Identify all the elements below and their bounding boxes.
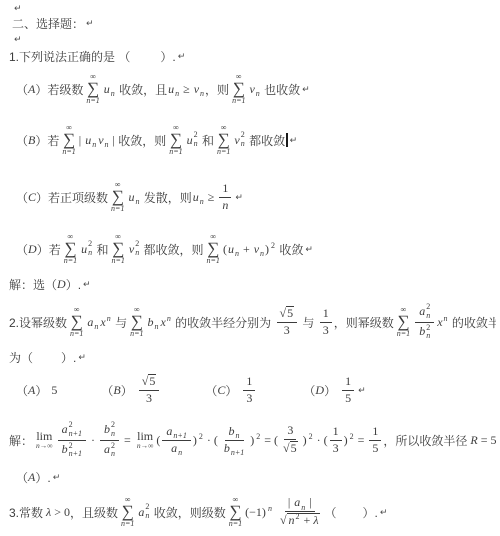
- scripted-var: bn: [229, 425, 240, 439]
- sigma-icon: ∑: [63, 132, 75, 148]
- superscript: 2: [296, 512, 300, 521]
- math-var: n: [235, 249, 239, 258]
- math-num: ): [303, 433, 307, 448]
- sum-lower-limit: n=1: [397, 330, 410, 338]
- math-num: (: [223, 242, 227, 257]
- text-run: 2.设幂级数: [9, 314, 67, 331]
- paragraph-mark-icon: ↵: [380, 507, 388, 518]
- script-base: v: [249, 82, 254, 97]
- math-var: x: [100, 315, 105, 330]
- math-num: |: [288, 496, 293, 510]
- script-base: b: [229, 425, 235, 439]
- text-run: （: [325, 504, 337, 521]
- superscript: n: [268, 504, 272, 513]
- math-var: n: [135, 248, 139, 257]
- math-var: n+1: [69, 449, 82, 458]
- scripted-var: n: [267, 508, 272, 517]
- spacer: [57, 390, 101, 391]
- fraction-numerator: b2n: [100, 421, 119, 441]
- sum-lower-limit: n=1: [229, 520, 242, 528]
- script-base: x: [161, 315, 166, 330]
- summation-symbol: ∞∑n=1: [229, 496, 242, 528]
- scripted-var: b2n: [104, 421, 115, 439]
- limit-symbol: limn→∞: [137, 430, 154, 450]
- fraction-denominator: 3: [143, 391, 155, 406]
- script-base: a: [419, 305, 425, 319]
- math-var: n: [111, 89, 115, 98]
- math-num: 5: [345, 392, 351, 406]
- math-num: (: [214, 433, 218, 448]
- text-run: （: [205, 382, 217, 399]
- fraction-numerator: 3: [284, 424, 296, 440]
- math-var: b: [224, 442, 230, 456]
- fraction: 1n: [219, 182, 231, 213]
- subscript: n: [256, 89, 260, 98]
- scripted-var: vn: [98, 133, 108, 148]
- math-num: 2: [426, 323, 430, 332]
- scripted-var: un: [228, 242, 239, 257]
- math-var: a: [294, 496, 300, 510]
- math-num: =: [261, 433, 274, 448]
- summation-symbol: ∞∑n=1: [217, 124, 230, 156]
- script-base: x: [100, 315, 105, 330]
- script-base: v: [254, 242, 259, 257]
- q3-stem: 3.常数 λ > 0，且级数∞∑n=1a2n 收敛，则级数∞∑n=1(−1)n|…: [4, 488, 496, 536]
- subscript: n: [200, 89, 204, 98]
- text-run: ，则: [205, 81, 229, 98]
- math-num: > 0: [51, 505, 70, 520]
- math-var: n+1: [173, 431, 186, 440]
- scripted-var: 2: [255, 436, 260, 445]
- text-run: ，所以收敛半径: [383, 432, 467, 449]
- math-var: a: [171, 442, 177, 456]
- math-var: n: [88, 248, 92, 257]
- lim-subscript: n→∞: [137, 442, 154, 450]
- fraction-numerator: √5: [139, 374, 160, 391]
- text-run: 解：: [9, 432, 33, 449]
- scripted-var: a2n: [419, 303, 430, 321]
- math-var: x: [161, 315, 166, 330]
- summation-symbol: ∞∑n=1: [121, 496, 134, 528]
- math-num: 1: [345, 375, 351, 389]
- scripted-var: u2n: [81, 240, 92, 258]
- script-base: b: [419, 325, 425, 339]
- math-num: 2: [350, 432, 354, 441]
- q2-solution-1: 解：limn→∞a2n+1b2n+1 · b2na2n = limn→∞(an+…: [4, 414, 496, 466]
- scripted-var: an: [171, 442, 182, 456]
- summation-symbol: ∞∑n=1: [207, 233, 220, 265]
- math-var: a: [62, 423, 68, 437]
- script-base: v: [194, 82, 199, 97]
- paragraph-mark-icon: ↵: [14, 34, 22, 45]
- scripted-var: n2: [289, 514, 300, 528]
- subscript: n+1: [69, 450, 82, 459]
- subscript: n: [426, 312, 430, 321]
- summation-symbol: ∞∑n=1: [232, 73, 245, 105]
- script-base: x: [437, 315, 442, 330]
- text-run: ）.: [35, 469, 50, 486]
- math-var: n: [194, 139, 198, 148]
- math-var: B: [28, 133, 35, 148]
- sum-lower-limit: n=1: [130, 330, 143, 338]
- text-run: ）若正项级数: [36, 189, 108, 206]
- math-var: n: [444, 314, 448, 323]
- subscript: n: [111, 430, 115, 439]
- subscript: n: [135, 197, 139, 206]
- scripted-var: v2n: [234, 131, 244, 149]
- scripted-var: b2n: [419, 324, 430, 342]
- math-var: n: [301, 503, 305, 512]
- math-var: u: [104, 82, 110, 97]
- scripted-var: b2n+1: [62, 442, 82, 460]
- math-var: B: [113, 383, 120, 398]
- math-num: 3: [284, 324, 290, 338]
- fraction-denominator: bn+1: [220, 441, 248, 456]
- math-var: n: [241, 139, 245, 148]
- summation-symbol: ∞∑n=1: [397, 306, 410, 338]
- sigma-icon: ∑: [112, 189, 124, 205]
- q2-stem-2: 为（）.↵: [4, 348, 496, 366]
- script-base: u: [228, 242, 234, 257]
- fraction-denominator: 5: [369, 441, 381, 456]
- superscript: n: [167, 314, 171, 323]
- text-run: ）: [121, 382, 133, 399]
- math-num: ≥: [205, 190, 218, 205]
- subscript: n: [175, 89, 179, 98]
- math-var: n: [200, 197, 204, 206]
- sum-lower-limit: n=1: [217, 148, 230, 156]
- fraction-denominator: 5: [342, 391, 354, 406]
- math-var: n: [260, 249, 264, 258]
- math-num: 2: [426, 302, 430, 311]
- math-var: n: [92, 140, 96, 149]
- math-num: 5: [372, 442, 378, 456]
- paragraph-mark-icon: ↵: [290, 135, 298, 146]
- scripted-var: vn: [249, 82, 259, 97]
- radical-sign-icon: √: [280, 307, 287, 321]
- script-base: u: [81, 242, 87, 257]
- radical-argument: 5: [148, 374, 156, 389]
- text-run: （: [101, 382, 113, 399]
- text-run: 和: [93, 241, 108, 258]
- subscript: n+1: [173, 431, 186, 440]
- text-run: 收敛，则: [115, 132, 166, 149]
- text-run: 的收敛半经分别为: [172, 314, 275, 331]
- superscript: 2: [271, 241, 275, 250]
- q1-answer: 解：选（D）.↵: [4, 272, 496, 296]
- scripted-var: 2: [308, 436, 313, 445]
- text-run: 3.常数: [9, 504, 43, 521]
- subscript: n+1: [69, 430, 82, 439]
- math-var: u: [168, 82, 174, 97]
- text-run: 和: [199, 132, 214, 149]
- fraction: 13: [243, 375, 255, 406]
- script-base: a: [62, 423, 68, 437]
- math-var: C: [28, 190, 36, 205]
- math-num: 5: [291, 442, 297, 456]
- math-num: ≥: [180, 82, 193, 97]
- math-num: 5: [287, 307, 293, 321]
- text-run: 的收敛半经: [449, 314, 496, 331]
- sigma-icon: ∑: [229, 504, 241, 520]
- fraction-denominator: 3: [330, 441, 342, 456]
- scripted-var: 2: [198, 436, 203, 445]
- math-var: D: [315, 383, 324, 398]
- math-num: ): [250, 433, 254, 448]
- math-num: ·: [204, 433, 214, 448]
- text-run: （: [16, 81, 28, 98]
- sigma-icon: ∑: [207, 241, 219, 257]
- math-var: n: [426, 311, 430, 320]
- math-var: D: [28, 242, 37, 257]
- fraction-numerator: 1: [342, 375, 354, 391]
- fraction-denominator: n: [219, 198, 231, 213]
- summation-symbol: ∞∑n=1: [62, 124, 75, 156]
- radical-sign-icon: √: [142, 375, 149, 389]
- fraction-denominator: b2n+1: [58, 441, 86, 460]
- math-num: 2: [241, 130, 245, 139]
- math-num: 2: [88, 239, 92, 248]
- math-var: n: [426, 331, 430, 340]
- math-var: a: [87, 315, 93, 330]
- superscript: 2: [350, 432, 354, 441]
- script-stack: 2n+1: [69, 421, 82, 439]
- radical: √5: [283, 441, 298, 456]
- math-var: n+1: [231, 448, 244, 457]
- text-run: 发散，则: [140, 189, 191, 206]
- text-run: （: [16, 382, 28, 399]
- math-num: 2: [309, 432, 313, 441]
- fraction-denominator: a2n: [100, 441, 119, 460]
- sigma-icon: ∑: [170, 132, 182, 148]
- sum-lower-limit: n=1: [64, 257, 77, 265]
- math-var: b: [104, 423, 110, 437]
- paragraph-mark-icon: ↵: [302, 84, 310, 95]
- scripted-var: bn+1: [224, 442, 244, 456]
- sigma-icon: ∑: [122, 504, 134, 520]
- fraction: a2nb2n: [415, 303, 434, 341]
- math-num: 2: [69, 441, 73, 450]
- math-num: (: [324, 433, 328, 448]
- math-var: n: [107, 314, 111, 323]
- radical: √n2 + λ: [280, 513, 320, 528]
- spacer: [273, 512, 275, 513]
- fraction-numerator: 1: [219, 182, 231, 198]
- spacer: [161, 390, 205, 391]
- math-num: ): [344, 433, 348, 448]
- q2-solution-2: （A）.↵: [4, 466, 496, 488]
- fraction: 15: [369, 425, 381, 456]
- fraction-denominator: 3: [281, 323, 293, 338]
- summation-symbol: ∞∑n=1: [64, 233, 77, 265]
- summation-symbol: ∞∑n=1: [169, 124, 182, 156]
- math-var: n: [105, 140, 109, 149]
- fraction-denominator: 3: [320, 323, 332, 338]
- math-var: a: [166, 425, 172, 439]
- script-base: u: [85, 133, 91, 148]
- math-var: u: [85, 133, 91, 148]
- sigma-icon: ∑: [233, 81, 245, 97]
- math-num: ·: [88, 433, 98, 448]
- text-run: （: [16, 469, 28, 486]
- scripted-var: xn: [100, 315, 110, 330]
- math-var: n: [200, 89, 204, 98]
- scripted-var: u2n: [187, 131, 198, 149]
- math-num: ): [193, 433, 197, 448]
- math-var: n: [94, 322, 98, 331]
- sigma-icon: ∑: [218, 132, 230, 148]
- math-num: 1: [246, 375, 252, 389]
- subscript: n: [88, 249, 92, 258]
- text-run: （: [16, 132, 28, 149]
- sum-lower-limit: n=1: [70, 330, 83, 338]
- math-num: ·: [314, 433, 324, 448]
- script-base: v: [129, 242, 134, 257]
- paragraph-mark-icon: ↵: [305, 244, 313, 255]
- summation-symbol: ∞∑n=1: [111, 181, 124, 213]
- text-run: 1.下列说法正确的是 （: [9, 48, 130, 65]
- math-var: v: [234, 133, 239, 148]
- math-num: ): [265, 242, 269, 257]
- math-var: n: [175, 89, 179, 98]
- fraction-numerator: √5: [277, 306, 298, 323]
- math-var: D: [57, 277, 66, 292]
- radical-argument: 5: [290, 441, 298, 456]
- scripted-var: vn: [194, 82, 204, 97]
- math-var: n: [256, 89, 260, 98]
- spacer: [133, 390, 137, 391]
- math-var: n: [268, 504, 272, 513]
- script-stack: 2n: [426, 303, 430, 321]
- math-num: 2: [135, 239, 139, 248]
- scripted-var: un: [104, 82, 115, 97]
- subscript: n: [94, 322, 98, 331]
- math-num: 2: [111, 420, 115, 429]
- math-var: a: [104, 443, 110, 457]
- spacer: [337, 512, 363, 513]
- fraction-denominator: 3: [243, 391, 255, 406]
- scripted-var: a2n: [104, 442, 115, 460]
- subscript: n: [155, 322, 159, 331]
- text-run: 收敛，且: [116, 81, 167, 98]
- math-num: +: [240, 242, 253, 257]
- document: ↵二、选择题：↵↵1.下列说法正确的是 （）.↵（A）若级数∞∑n=1un 收敛…: [0, 0, 500, 536]
- subscript: n: [426, 332, 430, 341]
- subscript: n: [236, 431, 240, 440]
- superscript: n: [107, 314, 111, 323]
- subscript: n: [301, 503, 305, 512]
- sum-lower-limit: n=1: [207, 257, 220, 265]
- scripted-var: a2n: [138, 503, 149, 521]
- q1-option-d: （D）若∞∑n=1u2n 和∞∑n=1v2n 都收敛，则∞∑n=1(un + v…: [4, 226, 496, 272]
- math-var: n: [289, 514, 295, 528]
- fraction-denominator: an: [167, 441, 186, 456]
- text-run: 解：选（: [9, 276, 57, 293]
- math-var: n: [178, 448, 182, 457]
- scripted-var: xn: [161, 315, 171, 330]
- math-num: 1: [372, 425, 378, 439]
- scripted-var: v2n: [129, 240, 139, 258]
- paragraph-mark-icon: ↵: [178, 51, 186, 62]
- sigma-icon: ∑: [64, 241, 76, 257]
- math-var: n: [145, 511, 149, 520]
- math-var: v: [254, 242, 259, 257]
- subscript: n: [105, 140, 109, 149]
- script-stack: 2n: [135, 240, 139, 258]
- fraction-numerator: | an |: [285, 496, 315, 512]
- superscript: n: [444, 314, 448, 323]
- math-var: a: [138, 505, 144, 520]
- script-base: u: [128, 190, 134, 205]
- math-var: b: [419, 325, 425, 339]
- math-num: 1: [222, 182, 228, 196]
- script-base: u: [187, 133, 193, 148]
- math-num: 5: [149, 375, 155, 389]
- math-var: n: [222, 199, 228, 213]
- math-var: u: [187, 133, 193, 148]
- math-var: n: [155, 322, 159, 331]
- spacer: [130, 56, 160, 57]
- script-base: b: [62, 443, 68, 457]
- math-var: n: [111, 449, 115, 458]
- fraction: | an |√n2 + λ: [277, 496, 323, 528]
- script-base: a: [138, 505, 144, 520]
- q2-options: （A）5（B）√53（C）13（D）15↵: [4, 366, 496, 414]
- math-var: A: [28, 82, 35, 97]
- sigma-icon: ∑: [112, 241, 124, 257]
- fraction-numerator: 1: [320, 307, 332, 323]
- superscript: 2: [199, 432, 203, 441]
- fraction: √53: [139, 374, 160, 406]
- lim-subscript: n→∞: [36, 442, 53, 450]
- spacer: [257, 390, 303, 391]
- math-num: 3: [323, 324, 329, 338]
- script-stack: 2n+1: [69, 442, 82, 460]
- sum-lower-limit: n=1: [232, 97, 245, 105]
- sigma-icon: ∑: [397, 314, 409, 330]
- math-num: 3: [287, 424, 293, 438]
- math-num: = 5: [478, 433, 496, 448]
- fraction-denominator: b2n: [415, 323, 434, 342]
- paragraph-mark-icon: ↵: [358, 385, 366, 396]
- summation-symbol: ∞∑n=1: [70, 306, 83, 338]
- math-var: λ: [313, 514, 318, 528]
- text-run: （: [303, 382, 315, 399]
- radical-argument: 5: [286, 306, 294, 321]
- blank-line-1: ↵: [4, 2, 496, 14]
- fraction: a2n+1b2n+1: [58, 421, 86, 459]
- fraction: √53: [277, 306, 298, 338]
- subscript: n: [241, 140, 245, 149]
- math-num: 3: [146, 392, 152, 406]
- math-var: n: [111, 429, 115, 438]
- paragraph-mark-icon: ↵: [53, 472, 61, 483]
- math-num: 1: [333, 425, 339, 439]
- fraction-numerator: 1: [330, 425, 342, 441]
- sum-lower-limit: n=1: [121, 520, 134, 528]
- text-run: ）若级数: [35, 81, 83, 98]
- q1-title: 1.下列说法正确的是 （）.↵: [4, 46, 496, 66]
- fraction: 15: [342, 375, 354, 406]
- text-run: 都收敛，则: [140, 241, 203, 258]
- fraction: b2na2n: [100, 421, 119, 459]
- text-run: 都收敛: [246, 132, 285, 149]
- math-var: u: [81, 242, 87, 257]
- paragraph-mark-icon: ↵: [235, 192, 243, 203]
- math-var: n: [135, 197, 139, 206]
- text-run: ，且级数: [70, 504, 118, 521]
- q2-stem-1: 2.设幂级数∞∑n=1anxn 与∞∑n=1bnxn 的收敛半经分别为 √53 …: [4, 296, 496, 348]
